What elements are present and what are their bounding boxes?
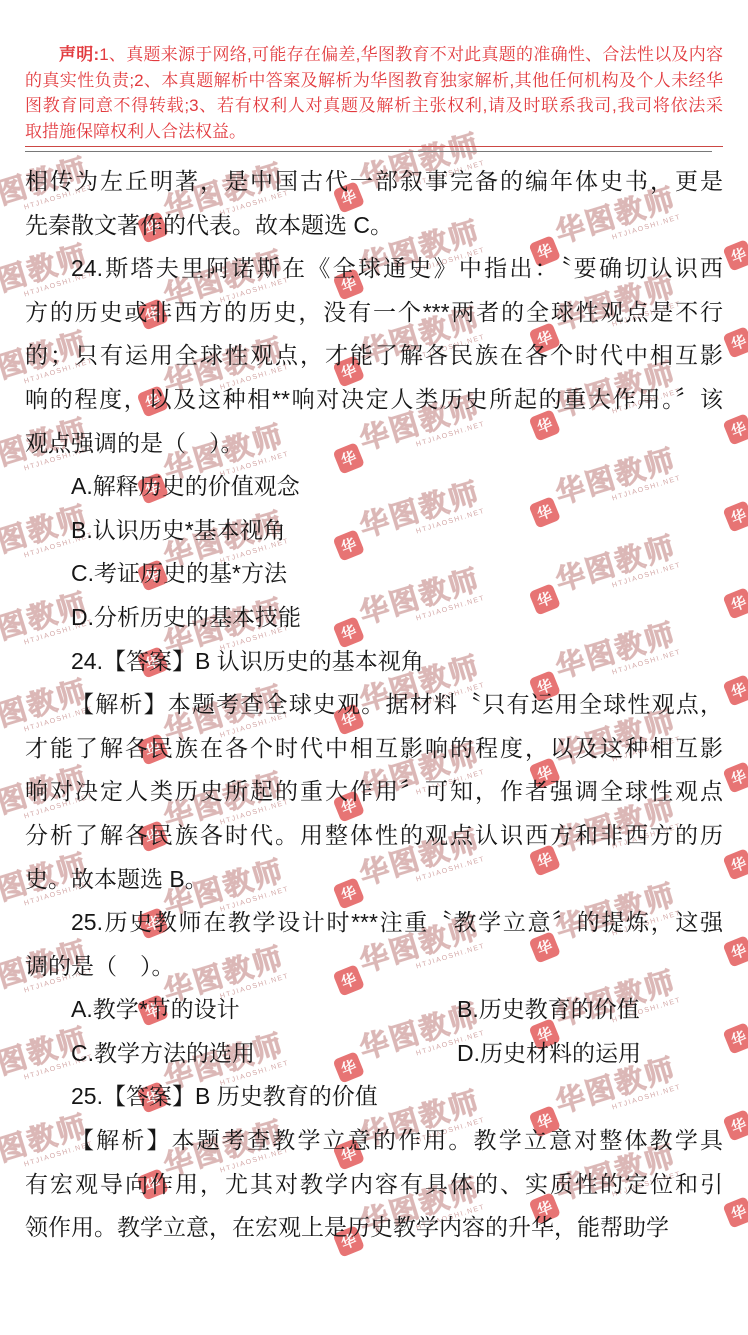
analysis-24-line: 分析了解各民族各时代。用整体性的观点认识西方和非西方的历 bbox=[25, 814, 723, 858]
body-text-line: 相传为左丘明著，是中国古代一部叙事完备的编年体史书，更是 bbox=[25, 160, 723, 204]
document-content: 声明:1、真题来源于网络,可能存在偏差,华图教育不对此真题的准确性、合法性以及内… bbox=[0, 0, 748, 1250]
analysis-24-line: 才能了解各民族在各个时代中相互影响的程度，以及这种相互影 bbox=[25, 727, 723, 771]
disclaimer-line: 的真实性负责;2、本真题解析中答案及解析为华图教育独家解析,其他任何机构及个人未… bbox=[25, 68, 723, 94]
gray-divider bbox=[25, 151, 712, 152]
question-25-line: 调的是（ ）。 bbox=[25, 945, 723, 989]
analysis-24-line: 史。故本题选 B。 bbox=[25, 858, 723, 902]
option-c-q25: C.教学方法的选用 bbox=[25, 1032, 457, 1076]
disclaimer-line: 图教育同意不得转载;3、若有权利人对真题及解析主张权利,请及时联系我司,我司将依… bbox=[25, 93, 723, 119]
answer-24-line: 24.【答案】B 认识历史的基本视角 bbox=[25, 640, 723, 684]
question-24-line: 观点强调的是（ ）。 bbox=[25, 422, 723, 466]
option-b-q24: B.认识历史*基本视角 bbox=[25, 509, 723, 553]
analysis-24-line: 响对决定人类历史所起的重大作用〞可知，作者强调全球性观点 bbox=[25, 770, 723, 814]
question-24-line: 的；只有运用全球性观点，才能了解各民族在各个时代中相互影 bbox=[25, 334, 723, 378]
disclaimer: 声明:1、真题来源于网络,可能存在偏差,华图教育不对此真题的准确性、合法性以及内… bbox=[25, 0, 723, 147]
option-a-q25: A.教学*节的设计 bbox=[25, 988, 457, 1032]
analysis-25-line: 【解析】本题考查教学立意的作用。教学立意对整体教学具 bbox=[25, 1119, 723, 1163]
disclaimer-line: 声明:1、真题来源于网络,可能存在偏差,华图教育不对此真题的准确性、合法性以及内… bbox=[25, 42, 723, 68]
question-24-line: 方的历史或非西方的历史，没有一个***两者的全球性观点是不行 bbox=[25, 291, 723, 335]
disclaimer-line: 取措施保障权利人合法权益。 bbox=[25, 119, 723, 145]
document-body: 相传为左丘明著，是中国古代一部叙事完备的编年体史书，更是 先秦散文著作的代表。故… bbox=[25, 160, 723, 1250]
disclaimer-label: 声明: bbox=[59, 45, 99, 64]
analysis-24-line: 【解析】本题考查全球史观。据材料〝只有运用全球性观点， bbox=[25, 683, 723, 727]
options-row: A.教学*节的设计B.历史教育的价值 bbox=[25, 988, 723, 1032]
option-d-q24: D.分析历史的基本技能 bbox=[25, 596, 723, 640]
body-text-line: 先秦散文著作的代表。故本题选 C。 bbox=[25, 204, 723, 248]
question-25-line: 25.历史教师在教学设计时***注重〝教学立意〞的提炼，这强 bbox=[25, 901, 723, 945]
option-d-q25: D.历史材料的运用 bbox=[457, 1040, 641, 1066]
option-b-q25: B.历史教育的价值 bbox=[457, 996, 640, 1022]
question-24-line: 响的程度，以及这种相**响对决定人类历史所起的重大作用。〞该 bbox=[25, 378, 723, 422]
analysis-25-line: 领作用。教学立意，在宏观上是历史教学内容的升华，能帮助学 bbox=[25, 1206, 723, 1250]
option-c-q24: C.考证历史的基*方法 bbox=[25, 552, 723, 596]
disclaimer-line-text: 1、真题来源于网络,可能存在偏差,华图教育不对此真题的准确性、合法性以及内容 bbox=[99, 45, 723, 64]
page: 华华图教师HTJIAOSHI.NET华华图教师HTJIAOSHI.NET华华图教… bbox=[0, 0, 748, 1335]
question-24-line: 24.斯塔夫里阿诺斯在《全球通史》中指出：〝要确切认识西 bbox=[25, 247, 723, 291]
option-a-q24: A.解释历史的价值观念 bbox=[25, 465, 723, 509]
answer-25-line: 25.【答案】B 历史教育的价值 bbox=[25, 1075, 723, 1119]
options-row: C.教学方法的选用D.历史材料的运用 bbox=[25, 1032, 723, 1076]
analysis-25-line: 有宏观导向作用，尤其对教学内容有具体的、实质性的定位和引 bbox=[25, 1163, 723, 1207]
